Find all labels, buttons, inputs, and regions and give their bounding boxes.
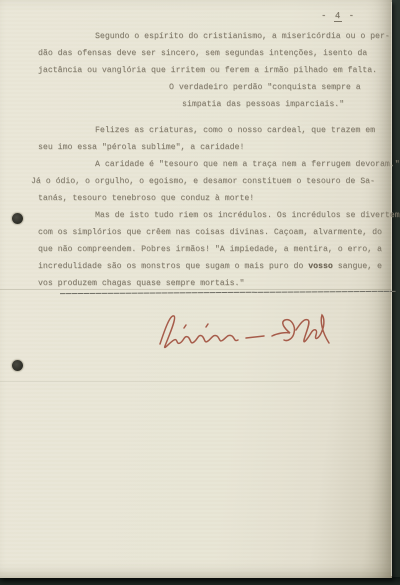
typed-line: tanás, tesouro tenebroso que conduz à mo… <box>38 190 390 207</box>
typed-text-fragment: incredulidade são os monstros que sugam … <box>38 262 308 271</box>
typed-line: Já o ódio, o orgulho, o egoismo, e desam… <box>31 173 390 190</box>
typed-line: Segundo o espírito do cristianismo, a mi… <box>95 28 390 45</box>
scanned-page: - 4 - Segundo o espírito do cristianismo… <box>0 0 400 585</box>
typed-line: jactância ou vanglória que irritem ou fe… <box>38 62 390 79</box>
typed-line: seu imo essa "pérola sublime", a caridad… <box>38 139 390 156</box>
typed-line: dão das ofensas deve ser sincero, sem se… <box>38 45 390 62</box>
page-number: - 4 - <box>321 11 355 21</box>
paper-crease <box>0 381 300 382</box>
typed-line: A caridade é "tesouro que nem a traça ne… <box>95 156 390 173</box>
handwritten-signature <box>150 302 335 357</box>
typed-line: Mas de isto tudo riem os incrédulos. Os … <box>95 207 390 224</box>
scanner-background-bottom <box>0 577 400 585</box>
paper-edge-highlight <box>391 2 392 576</box>
typed-line: O verdadeiro perdão "conquista sempre a <box>169 79 390 96</box>
page-number-value: 4 <box>334 11 342 22</box>
hole-punch-icon <box>12 360 23 371</box>
hole-punch-icon <box>12 213 23 224</box>
typed-line: incredulidade são os monstros que sugam … <box>38 258 390 275</box>
scanner-background-right <box>391 0 400 585</box>
typed-line: vos produzem chagas quase sempre mortais… <box>38 275 390 292</box>
typed-line: com os simplórios que crêem nas coisas d… <box>38 224 390 241</box>
typed-text-fragment: vosso <box>308 262 333 271</box>
typed-line: Felizes as criaturas, como o nosso carde… <box>95 122 390 139</box>
typed-line: simpatia das pessoas imparciais." <box>182 96 390 113</box>
typed-text-fragment: sangue, e <box>333 262 382 271</box>
page-number-prefix: - <box>321 11 334 21</box>
page-number-suffix: - <box>342 11 355 21</box>
typed-line: que não compreendem. Pobres irmãos! "A i… <box>38 241 390 258</box>
typed-text: Segundo o espírito do cristianismo, a mi… <box>38 28 390 292</box>
